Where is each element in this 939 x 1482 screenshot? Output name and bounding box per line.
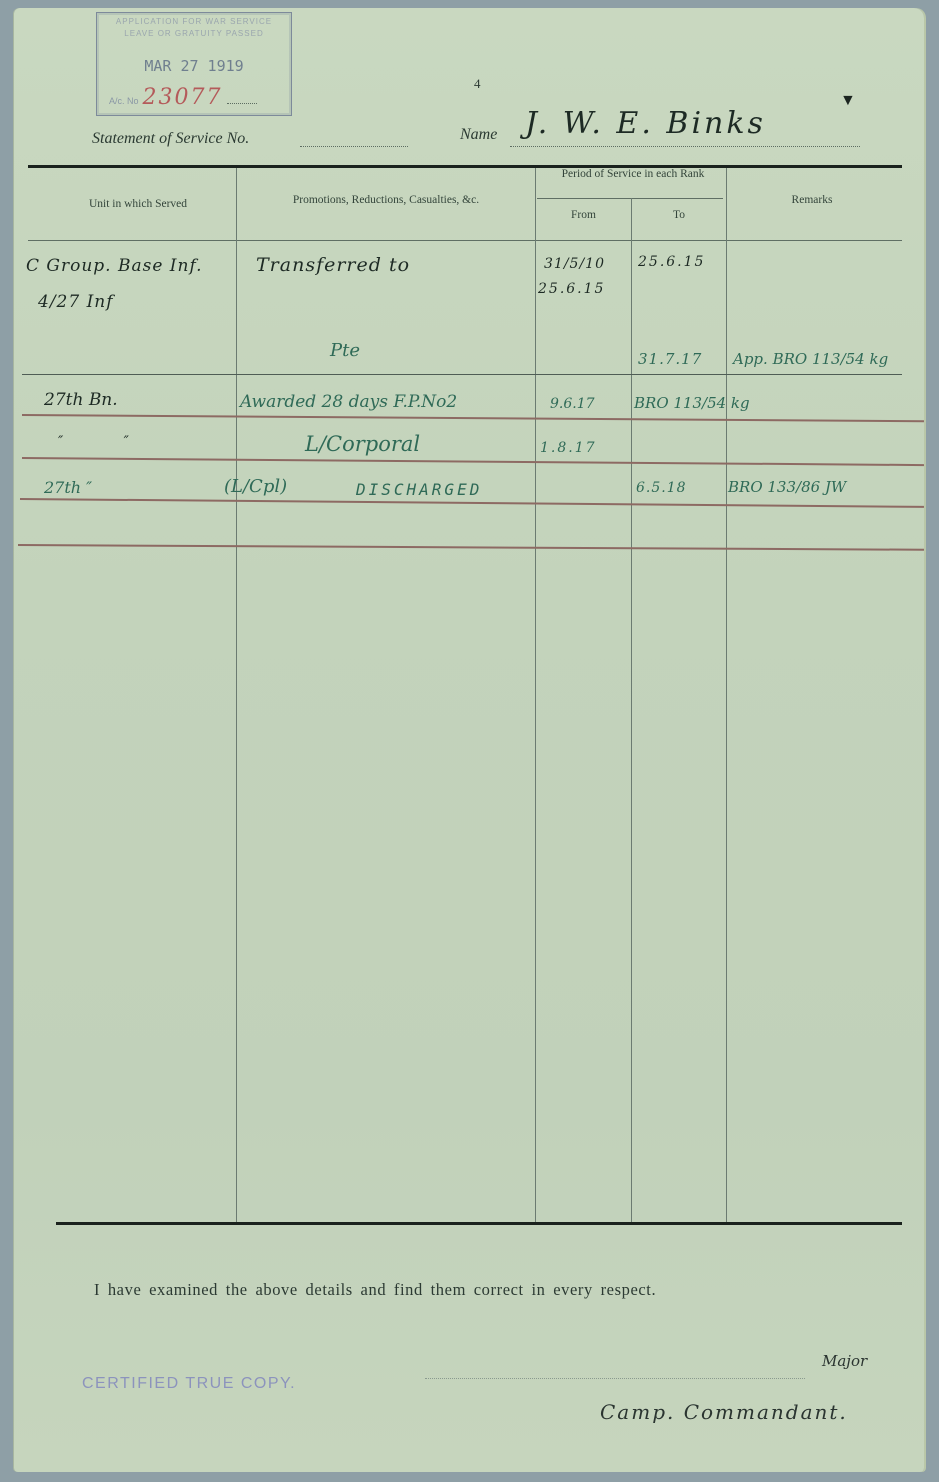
row4-discharged: DISCHARGED bbox=[356, 480, 482, 499]
row-rule bbox=[22, 374, 902, 375]
table-bottom-rule bbox=[56, 1222, 902, 1225]
name-value: J. W. E. Binks bbox=[525, 106, 766, 141]
stamp-line-1: APPLICATION FOR WAR SERVICE bbox=[97, 17, 291, 26]
header-bottom-rule bbox=[28, 240, 902, 241]
col-header-to: To bbox=[632, 209, 726, 221]
row1-from-line2: 25.6.15 bbox=[538, 281, 605, 297]
signature-rank: Major bbox=[822, 1352, 867, 1370]
certified-true-copy-stamp: CERTIFIED TRUE COPY. bbox=[82, 1375, 296, 1393]
ink-mark: ▼ bbox=[840, 92, 856, 110]
name-underline bbox=[510, 146, 860, 147]
signature-line bbox=[425, 1378, 805, 1379]
row3-unit-ditto: ″ ″ bbox=[58, 434, 157, 450]
row2-to: BRO 113/54 kg bbox=[634, 394, 750, 412]
row1-to-line2: 31.7.17 bbox=[638, 350, 702, 368]
stamp-date: MAR 27 1919 bbox=[97, 57, 291, 75]
row4-from: 6.5.18 bbox=[636, 480, 687, 496]
col-line-1 bbox=[236, 168, 237, 1222]
col-header-remarks: Remarks bbox=[727, 194, 897, 206]
row2-promotion: Awarded 28 days F.P.No2 bbox=[240, 392, 457, 412]
signature-title: Camp. Commandant. bbox=[600, 1400, 848, 1424]
period-divider bbox=[537, 198, 723, 199]
row4-unit: 27th ″ bbox=[44, 478, 92, 497]
stamp-line-2: LEAVE OR GRATUITY PASSED bbox=[97, 29, 291, 38]
row1-promotion: Transferred to bbox=[256, 254, 410, 276]
row1-unit-line2: 4/27 Inf bbox=[38, 292, 114, 312]
certification-statement: I have examined the above details and fi… bbox=[94, 1280, 656, 1300]
document-page bbox=[14, 8, 924, 1472]
row2-from: 9.6.17 bbox=[550, 396, 595, 412]
stamp-number: 23077 bbox=[143, 85, 223, 110]
received-stamp: APPLICATION FOR WAR SERVICE LEAVE OR GRA… bbox=[96, 12, 292, 116]
row3-from: 1.8.17 bbox=[540, 440, 597, 456]
page-number: 4 bbox=[474, 76, 481, 92]
col-header-period: Period of Service in each Rank bbox=[548, 168, 718, 180]
row1-unit: C Group. Base Inf. bbox=[26, 256, 203, 276]
row4-to-remarks: BRO 133/86 JW bbox=[728, 478, 846, 496]
row1-from: 31/5/10 bbox=[544, 256, 605, 272]
col-line-4 bbox=[726, 168, 727, 1222]
col-header-from: From bbox=[536, 209, 631, 221]
table-top-rule bbox=[28, 165, 902, 168]
row1-promotion-line2: Pte bbox=[330, 340, 360, 361]
row1-to: 25.6.15 bbox=[638, 254, 705, 270]
statement-number-field bbox=[300, 146, 408, 147]
col-line-3 bbox=[631, 198, 632, 1222]
col-header-promotions: Promotions, Reductions, Casualties, &c. bbox=[237, 194, 535, 206]
row4-promotion: (L/Cpl) bbox=[224, 476, 287, 497]
col-line-2 bbox=[535, 168, 536, 1222]
col-header-unit: Unit in which Served bbox=[40, 198, 236, 210]
stamp-number-label: A/c. No bbox=[109, 96, 139, 106]
row2-unit: 27th Bn. bbox=[44, 390, 118, 410]
name-label: Name bbox=[460, 126, 497, 144]
row1-remarks: App. BRO 113/54 kg bbox=[733, 350, 888, 368]
statement-of-service-label: Statement of Service No. bbox=[92, 130, 249, 148]
row3-promotion: L/Corporal bbox=[305, 432, 420, 456]
